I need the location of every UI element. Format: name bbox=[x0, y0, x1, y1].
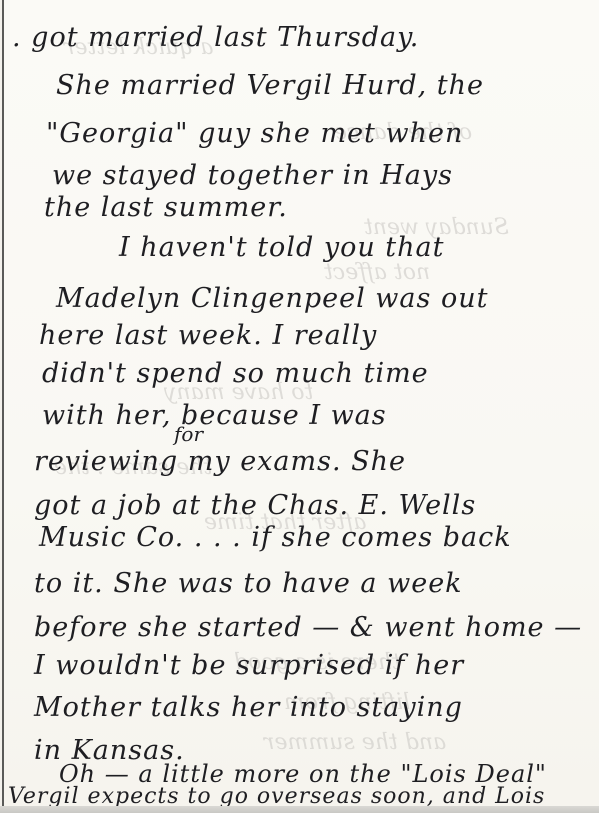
letter-line-5: the last summer. bbox=[44, 192, 288, 223]
letter-line-6: I haven't told you that bbox=[119, 232, 444, 263]
letter-line-10: with her, because I was bbox=[42, 400, 387, 431]
letter-line-12: got a job at the Chas. E. Wells bbox=[34, 490, 476, 521]
letter-page: a quick letter of the dance Sunday went … bbox=[2, 0, 599, 806]
letter-line-13: Music Co. . . . if she comes back bbox=[39, 522, 512, 553]
letter-line-14: to it. She was to have a week bbox=[34, 568, 463, 599]
letter-line-8: here last week. I really bbox=[39, 320, 377, 351]
letter-line-4: we stayed together in Hays bbox=[52, 160, 453, 191]
letter-line-7: Madelyn Clingenpeel was out bbox=[56, 283, 488, 314]
letter-line-16: I wouldn't be surprised if her bbox=[34, 650, 464, 681]
letter-line-15: before she started — & went home — bbox=[34, 612, 582, 643]
letter-line-1: . got married last Thursday. bbox=[12, 22, 419, 53]
scan-bottom-edge bbox=[0, 806, 599, 813]
letter-line-9: didn't spend so much time bbox=[42, 358, 429, 389]
inserted-word-for: for bbox=[174, 422, 203, 446]
letter-line-11: reviewing my exams. She bbox=[34, 446, 406, 477]
letter-line-3: "Georgia" guy she met when bbox=[46, 118, 463, 149]
letter-line-2: She married Vergil Hurd, the bbox=[56, 70, 484, 101]
letter-line-17: Mother talks her into staying bbox=[34, 692, 463, 723]
